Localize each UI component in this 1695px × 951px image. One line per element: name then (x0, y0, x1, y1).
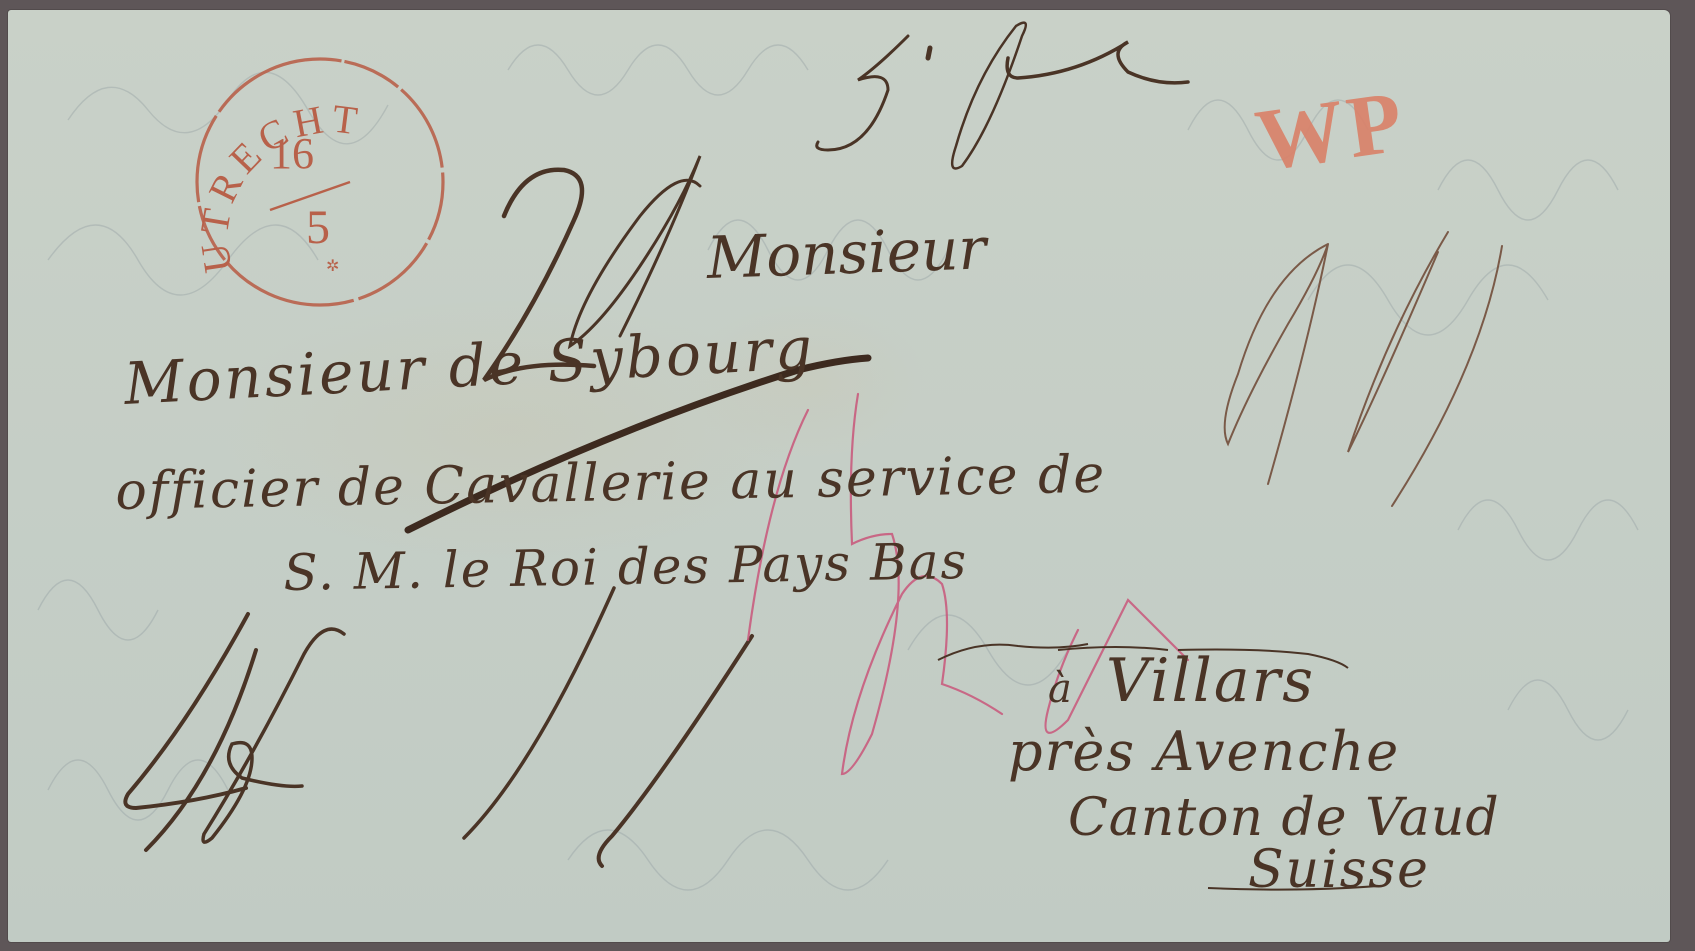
rate-label-lower-middle: 10 (8, 10, 9, 11)
rate-label-top: 5 fl (8, 10, 9, 11)
postmark-day: 16 (270, 128, 314, 179)
address-line-rank: officier de Cavallerie au service de (115, 445, 1107, 522)
address-line-name: Monsieur de Sybourg (122, 314, 816, 418)
address-salutation: Monsieur (706, 214, 988, 292)
address-line-near: près Avenche (1008, 720, 1400, 783)
rate-mark-10 (464, 588, 752, 866)
rate-label-lower-left: 40 (8, 10, 9, 11)
address-line-king: S. M. le Roi des Pays Bas (283, 532, 969, 602)
rate-label-crayon: 14 (8, 10, 9, 11)
postmark-town: UTRECHT (191, 95, 366, 275)
rate-label-upper-left: 29 (8, 10, 9, 11)
scan-background: UTRECHT 16 5 ✲ WP (0, 0, 1695, 951)
svg-text:UTRECHT: UTRECHT (191, 95, 366, 275)
rate-mark-5fl (817, 23, 1188, 169)
postal-cover: UTRECHT 16 5 ✲ WP (8, 10, 1670, 942)
rate-label-right: 11 (8, 10, 9, 11)
rate-mark-11 (1225, 232, 1502, 506)
address-prefix: à (1048, 666, 1072, 712)
address-line-town: Villars (1106, 646, 1315, 716)
wp-handstamp: WP (1250, 71, 1412, 192)
rate-mark-40 (125, 614, 344, 850)
postmark-month: 5 (306, 200, 330, 255)
address-line-country: Suisse (1248, 840, 1430, 900)
postmark-ornament: ✲ (326, 256, 339, 276)
address-line-canton: Canton de Vaud (1068, 788, 1500, 848)
